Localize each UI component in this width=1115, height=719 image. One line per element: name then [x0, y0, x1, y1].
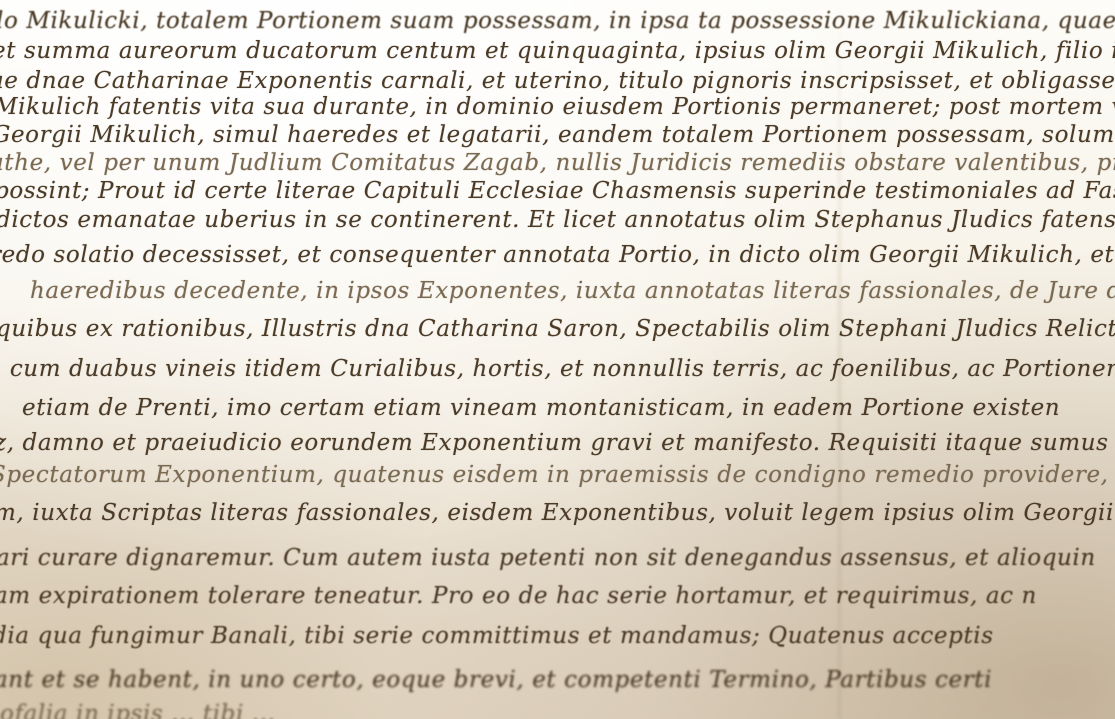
- manuscript-line-5: Georgii Mikulich, simul haeredes et lega…: [0, 122, 1115, 148]
- manuscript-line-12: , cum duabus vineis itidem Curialibus, h…: [0, 356, 1115, 382]
- manuscript-line-10: haeredibus decedente, in ipsos Exponente…: [30, 278, 1115, 304]
- manuscript-line-21: ofalia in ipsis ... tibi ...: [0, 701, 276, 719]
- manuscript-line-18: am expirationem tolerare teneatur. Pro e…: [0, 583, 1037, 609]
- manuscript-line-14: z, damno et praeiudicio eorundem Exponen…: [0, 430, 1109, 456]
- manuscript-line-17: ari curare dignaremur. Cum autem iusta p…: [0, 545, 1096, 571]
- manuscript-line-8: dictos emanatae uberius in se contineren…: [0, 207, 1115, 233]
- manuscript-line-2: et summa aureorum ducatorum centum et qu…: [0, 38, 1115, 64]
- manuscript-line-11: quibus ex rationibus, Illustris dna Cath…: [0, 316, 1115, 342]
- manuscript-page: lo Mikulicki, totalem Portionem suam pos…: [0, 0, 1115, 719]
- manuscript-line-3: ae dnae Catharinae Exponentis carnali, e…: [0, 68, 1115, 94]
- manuscript-line-15: Spectatorum Exponentium, quatenus eisdem…: [0, 462, 1115, 488]
- manuscript-line-1: lo Mikulicki, totalem Portionem suam pos…: [0, 8, 1115, 34]
- manuscript-line-16: m, iuxta Scriptas literas fassionales, e…: [0, 500, 1114, 526]
- manuscript-line-20: ant et se habent, in uno certo, eoque br…: [0, 667, 992, 693]
- manuscript-line-9: redo solatio decessisset, et consequente…: [0, 242, 1115, 268]
- manuscript-line-6: athe, vel per unum Judlium Comitatus Zag…: [0, 150, 1115, 176]
- manuscript-line-4: Mikulich fatentis vita sua durante, in d…: [0, 94, 1115, 120]
- manuscript-line-13: etiam de Prenti, imo certam etiam vineam…: [22, 395, 1060, 421]
- manuscript-line-7: possint; Prout id certe literae Capituli…: [0, 178, 1115, 204]
- manuscript-line-19: dia qua fungimur Banali, tibi serie comm…: [0, 623, 994, 649]
